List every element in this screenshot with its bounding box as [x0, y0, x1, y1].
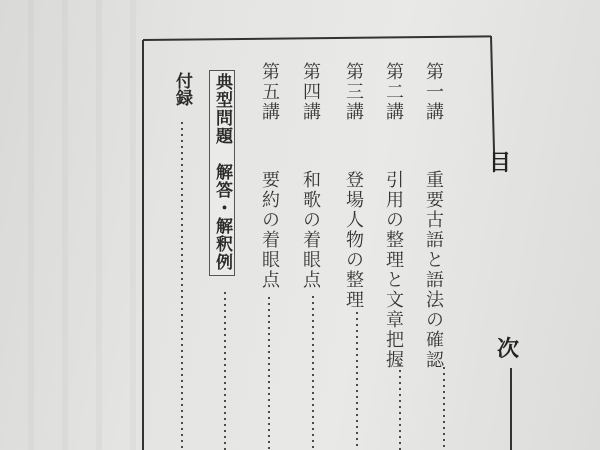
toc-title-char-2: 次 [497, 332, 519, 363]
frame-right-border-lower [510, 368, 512, 450]
lecture-3-number[interactable]: 第三講 [342, 62, 364, 122]
frame-right-border-upper [490, 36, 495, 158]
bleed-through-background [0, 0, 140, 450]
model-problems-heading[interactable]: 典型問題 解答・解釈例 [209, 70, 235, 276]
lecture-1-number[interactable]: 第一講 [422, 62, 444, 122]
frame-top-border [143, 35, 491, 41]
lecture-3-title[interactable]: 登場人物の整理 [342, 170, 364, 310]
lecture-4-number[interactable]: 第四講 [299, 62, 321, 122]
lecture-3-leader-dots [356, 310, 358, 450]
lecture-1-title[interactable]: 重要古語と語法の確認 [422, 170, 444, 370]
lecture-2-leader-dots [399, 362, 401, 450]
model-problems-leader-dots [224, 290, 226, 450]
lecture-5-leader-dots [268, 295, 270, 450]
toc-title-char-1: 目 [489, 146, 511, 177]
frame-left-border [142, 40, 144, 450]
appendix-leader-dots [181, 120, 183, 450]
lecture-4-leader-dots [312, 294, 314, 450]
lecture-5-number[interactable]: 第五講 [258, 62, 280, 122]
lecture-2-title[interactable]: 引用の整理と文章把握 [382, 170, 404, 370]
lecture-4-title[interactable]: 和歌の着眼点 [299, 170, 321, 290]
lecture-2-number[interactable]: 第二講 [382, 62, 404, 122]
lecture-1-leader-dots [443, 365, 445, 450]
appendix-heading[interactable]: 付録 [171, 72, 193, 106]
lecture-5-title[interactable]: 要約の着眼点 [258, 170, 280, 290]
